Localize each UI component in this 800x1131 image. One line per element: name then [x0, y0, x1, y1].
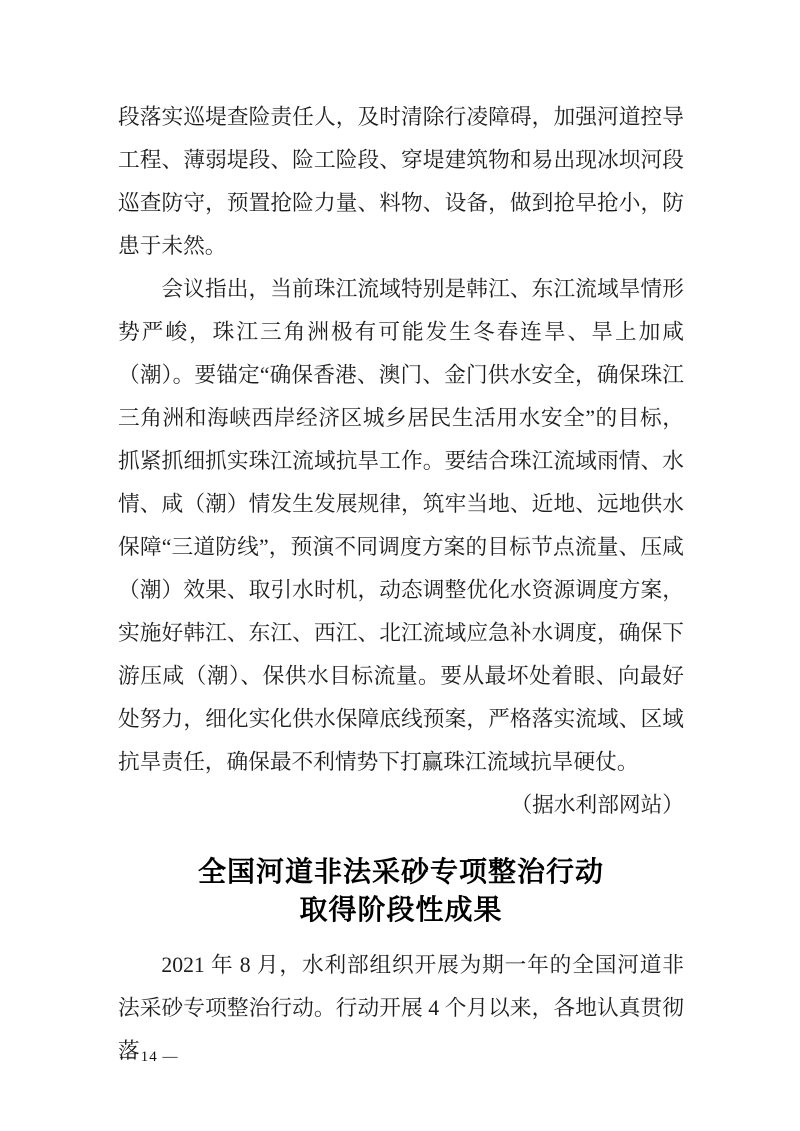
source-attribution: （据水利部网站） [118, 784, 684, 827]
meeting-paragraph: 会议指出，当前珠江流域特别是韩江、东江流域旱情形势严峻，珠江三角洲极有可能发生冬… [118, 268, 684, 784]
page-content: 段落实巡堤查险责任人，及时清除行凌障碍，加强河道控导工程、薄弱堤段、险工险段、穿… [118, 96, 684, 1073]
article-sand-mining: 全国河道非法采砂专项整治行动 取得阶段性成果 2021 年 8 月，水利部组织开… [118, 853, 684, 1073]
opening-paragraph: 2021 年 8 月，水利部组织开展为期一年的全国河道非法采砂专项整治行动。行动… [118, 944, 684, 1073]
article-title-line-1: 全国河道非法采砂专项整治行动 [118, 853, 684, 891]
page-number: — 14 — [120, 1046, 179, 1068]
continuation-paragraph: 段落实巡堤查险责任人，及时清除行凌障碍，加强河道控导工程、薄弱堤段、险工险段、穿… [118, 96, 684, 268]
document-page: 段落实巡堤查险责任人，及时清除行凌障碍，加强河道控导工程、薄弱堤段、险工险段、穿… [0, 0, 800, 1131]
article-pearl-river-drought: 段落实巡堤查险责任人，及时清除行凌障碍，加强河道控导工程、薄弱堤段、险工险段、穿… [118, 96, 684, 827]
article-title-line-2: 取得阶段性成果 [118, 891, 684, 929]
article-title: 全国河道非法采砂专项整治行动 取得阶段性成果 [118, 853, 684, 929]
